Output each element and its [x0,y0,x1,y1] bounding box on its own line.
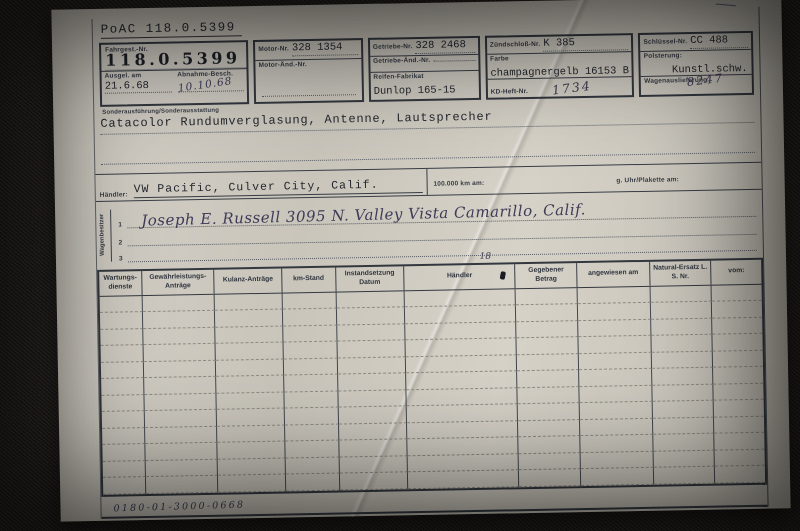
table-cell [284,358,338,375]
table-cell [653,434,715,452]
table-cell [143,311,216,329]
table-cell [100,312,143,329]
table-cell [102,428,145,445]
table-cell [144,410,217,428]
table-cell [339,456,408,474]
table-cell [580,435,653,453]
box-motor: Motor-Nr. 328 1354 Motor-Änd.-Nr. [253,38,364,104]
table-cell [101,362,144,379]
table-cell [652,401,714,419]
table-cell [578,319,651,337]
table-cell [337,324,406,342]
table-header-cell: Kulanz-Anträge [214,269,282,294]
table-cell [216,343,284,361]
table-cell [714,400,764,417]
table-cell [100,329,143,346]
box-getriebe: Getriebe-Nr. 328 2468 Getriebe-Änd.-Nr. … [368,36,481,102]
table-cell [517,321,579,339]
table-cell [144,377,217,395]
key-number-value: CC 488 [690,34,748,49]
dealer-label: Händler: [100,191,128,199]
table-cell [712,301,762,318]
blank-dotted-line [101,137,755,165]
service-card-paper: PoAC 118.0.5399 Fahrgest.-Nr. 118.0.5399… [51,0,790,522]
table-cell [405,305,517,324]
chassis-label: Fahrgest.-Nr. [105,46,148,54]
table-cell [339,439,408,457]
table-cell [285,441,339,458]
delivered-label: Ausgel. am [105,72,172,80]
table-cell [215,310,283,328]
table-cell [713,334,763,351]
table-cell [408,454,520,473]
table-cell [142,294,215,312]
upholstery-label: Polsterung: [644,51,749,60]
ink-blot [500,271,506,280]
table-cell [519,469,581,487]
table-cell [339,472,408,490]
table-cell [713,350,763,367]
table-cell [217,425,285,443]
table-cell [103,461,146,478]
table-cell [654,467,716,485]
table-cell [714,416,764,433]
form-code: 0180-01-3000-0668 [113,499,245,514]
owner-block: Wagenbesitzer 1 Joseph E. Russell 3095 N… [102,194,757,264]
table-header-cell: Händler [404,264,516,290]
table-cell [580,402,653,420]
color-label: Farbe [490,53,629,63]
table-cell [101,345,144,362]
table-cell [145,459,218,477]
table-cell [581,451,654,469]
table-cell [283,342,337,359]
engine-mod-value-line [262,94,356,97]
table-cell [282,292,336,309]
table-cell [144,393,217,411]
table-cell [651,318,713,336]
table-cell [145,426,218,444]
table-cell [284,391,338,408]
table-cell [653,450,715,468]
box-schluessel: Schlüssel-Nr. CC 488 Polsterung: Kunstl.… [638,31,754,97]
engine-number-label: Motor-Nr. [258,45,289,53]
table-cell [652,384,714,402]
service-card-form: PoAC 118.0.5399 Fahrgest.-Nr. 118.0.5399… [92,7,769,519]
table-cell [712,284,762,301]
service-booklet-label: KD-Heft-Nr. [491,88,528,96]
service-booklet-value: 1734 [551,78,592,98]
box-fahrgestell: Fahrgest.-Nr. 118.0.5399 Ausgel. am 21.6… [99,40,249,107]
table-cell [217,409,285,427]
tire-brand-value: Dunlop 165-15 [374,84,456,97]
table-header-cell: Instandsetzung Datum [336,266,405,291]
table-cell [336,291,405,309]
table-cell [100,296,143,313]
tire-brand-label: Reifen-Fabrikat [373,72,475,81]
table-cell [407,421,519,440]
box-zuendschloss: Zündschloß-Nr. K 385 Farbe champagnergel… [485,33,635,100]
table-cell [407,388,519,407]
table-cell [408,470,520,489]
table-cell [517,354,579,372]
gearbox-number-value: 328 2468 [415,39,475,54]
table-cell [218,458,286,476]
delivered-value: 21.6.68 [105,80,172,94]
gearbox-mod-value [433,60,475,62]
color-row: Farbe champagnergelb 16153 B [487,52,632,80]
ignition-lock-value: K 385 [543,36,628,52]
table-cell [286,457,340,474]
table-cell [407,437,519,456]
table-header-cell: angewiesen am [577,262,650,287]
table-cell [405,289,517,308]
table-cell [715,449,765,466]
table-cell [713,367,763,384]
table-cell [712,317,762,334]
table-header-cell: Natural-Ersatz L. S. Nr. [650,261,712,286]
table-cell [216,359,284,377]
dealer-value: VW Pacific, Culver City, Calif. [134,178,423,198]
service-table: 18 Wartungs-diensteGewährleistungs-Anträ… [97,258,767,497]
table-cell [338,390,407,408]
table-cell [651,302,713,320]
special-equipment-section: Sonderausführung/Sonderausstattung Catac… [100,98,755,165]
table-cell [216,326,284,344]
table-cell [651,351,713,369]
table-cell [143,344,216,362]
clock-badge-label: g. Uhr/Plakette am: [616,176,679,184]
gearbox-mod-label: Getriebe-Änd.-Nr. [373,57,430,65]
table-cell [336,307,405,325]
table-cell [579,369,652,387]
table-cell [579,385,652,403]
table-cell [580,418,653,436]
table-cell [283,309,337,326]
table-annotation: 18 [480,252,492,262]
table-cell [145,443,218,461]
owner-row-number: 3 [119,255,128,262]
table-cell [217,392,285,410]
service-table-body [100,284,766,496]
car-delivery-value: 8247 [686,71,725,89]
table-cell [650,285,712,303]
table-header-cell: km-Stand [282,268,336,293]
table-header-cell: Wartungs-dienste [99,271,142,295]
table-cell [516,288,578,306]
table-cell [144,360,217,378]
table-cell [216,376,284,394]
top-note: PoAC 118.0.5399 [101,20,242,39]
table-cell [578,303,651,321]
table-cell [338,406,407,424]
owner-side-label: Wagenbesitzer [99,213,106,257]
table-cell [715,466,765,483]
table-cell [406,371,518,390]
table-cell [652,368,714,386]
table-cell [218,475,286,493]
table-cell [339,423,408,441]
table-cell [215,293,283,311]
table-cell [714,383,764,400]
table-cell [518,403,580,421]
table-cell [284,375,338,392]
table-cell [285,408,339,425]
delivery-row: Ausgel. am 21.6.68 Abnahme-Besch. 10.10.… [102,69,248,105]
table-cell [516,304,578,322]
table-cell [337,357,406,375]
color-value: champagnergelb 16153 B [490,65,629,80]
table-cell [517,337,579,355]
chassis-row: Fahrgest.-Nr. 118.0.5399 [101,42,247,72]
engine-number-value: 328 1354 [292,41,358,56]
table-cell [103,477,146,494]
table-cell [337,340,406,358]
table-cell [218,442,286,460]
table-cell [101,395,144,412]
table-cell [519,453,581,471]
table-cell [407,404,519,423]
tire-row: Reifen-Fabrikat Dunlop 165-15 [370,71,479,100]
table-header-cell: Gegebener Betrag [516,263,578,288]
table-cell [406,338,518,357]
table-cell [518,420,580,438]
table-cell [146,476,219,494]
table-cell [338,373,407,391]
table-cell [581,468,654,486]
table-cell [406,355,518,374]
engine-mod-label: Motor-Änd.-Nr. [259,60,359,69]
table-cell [578,286,651,304]
table-cell [519,436,581,454]
table-cell [102,444,145,461]
ignition-lock-label: Zündschloß-Nr. [490,41,541,49]
table-cell [101,378,144,395]
table-cell [143,327,216,345]
table-cell [579,336,652,354]
table-cell [405,322,517,341]
photo-background: PoAC 118.0.5399 Fahrgest.-Nr. 118.0.5399… [0,0,800,531]
table-cell [283,325,337,342]
table-cell [653,417,715,435]
table-header-cell: vom: [711,260,761,285]
100000km-label: 100.000 km am: [433,180,484,188]
table-cell [518,387,580,405]
table-cell [579,352,652,370]
table-cell [715,433,765,450]
gearbox-number-label: Getriebe-Nr. [373,43,413,51]
table-cell [285,424,339,441]
table-cell [651,335,713,353]
table-cell [102,411,145,428]
table-header-cell: Gewährleistungs-Anträge [142,270,215,295]
table-cell [518,370,580,388]
table-cell [286,474,340,491]
header-grid: Fahrgest.-Nr. 118.0.5399 Ausgel. am 21.6… [99,31,754,107]
key-number-label: Schlüssel-Nr. [643,38,687,46]
